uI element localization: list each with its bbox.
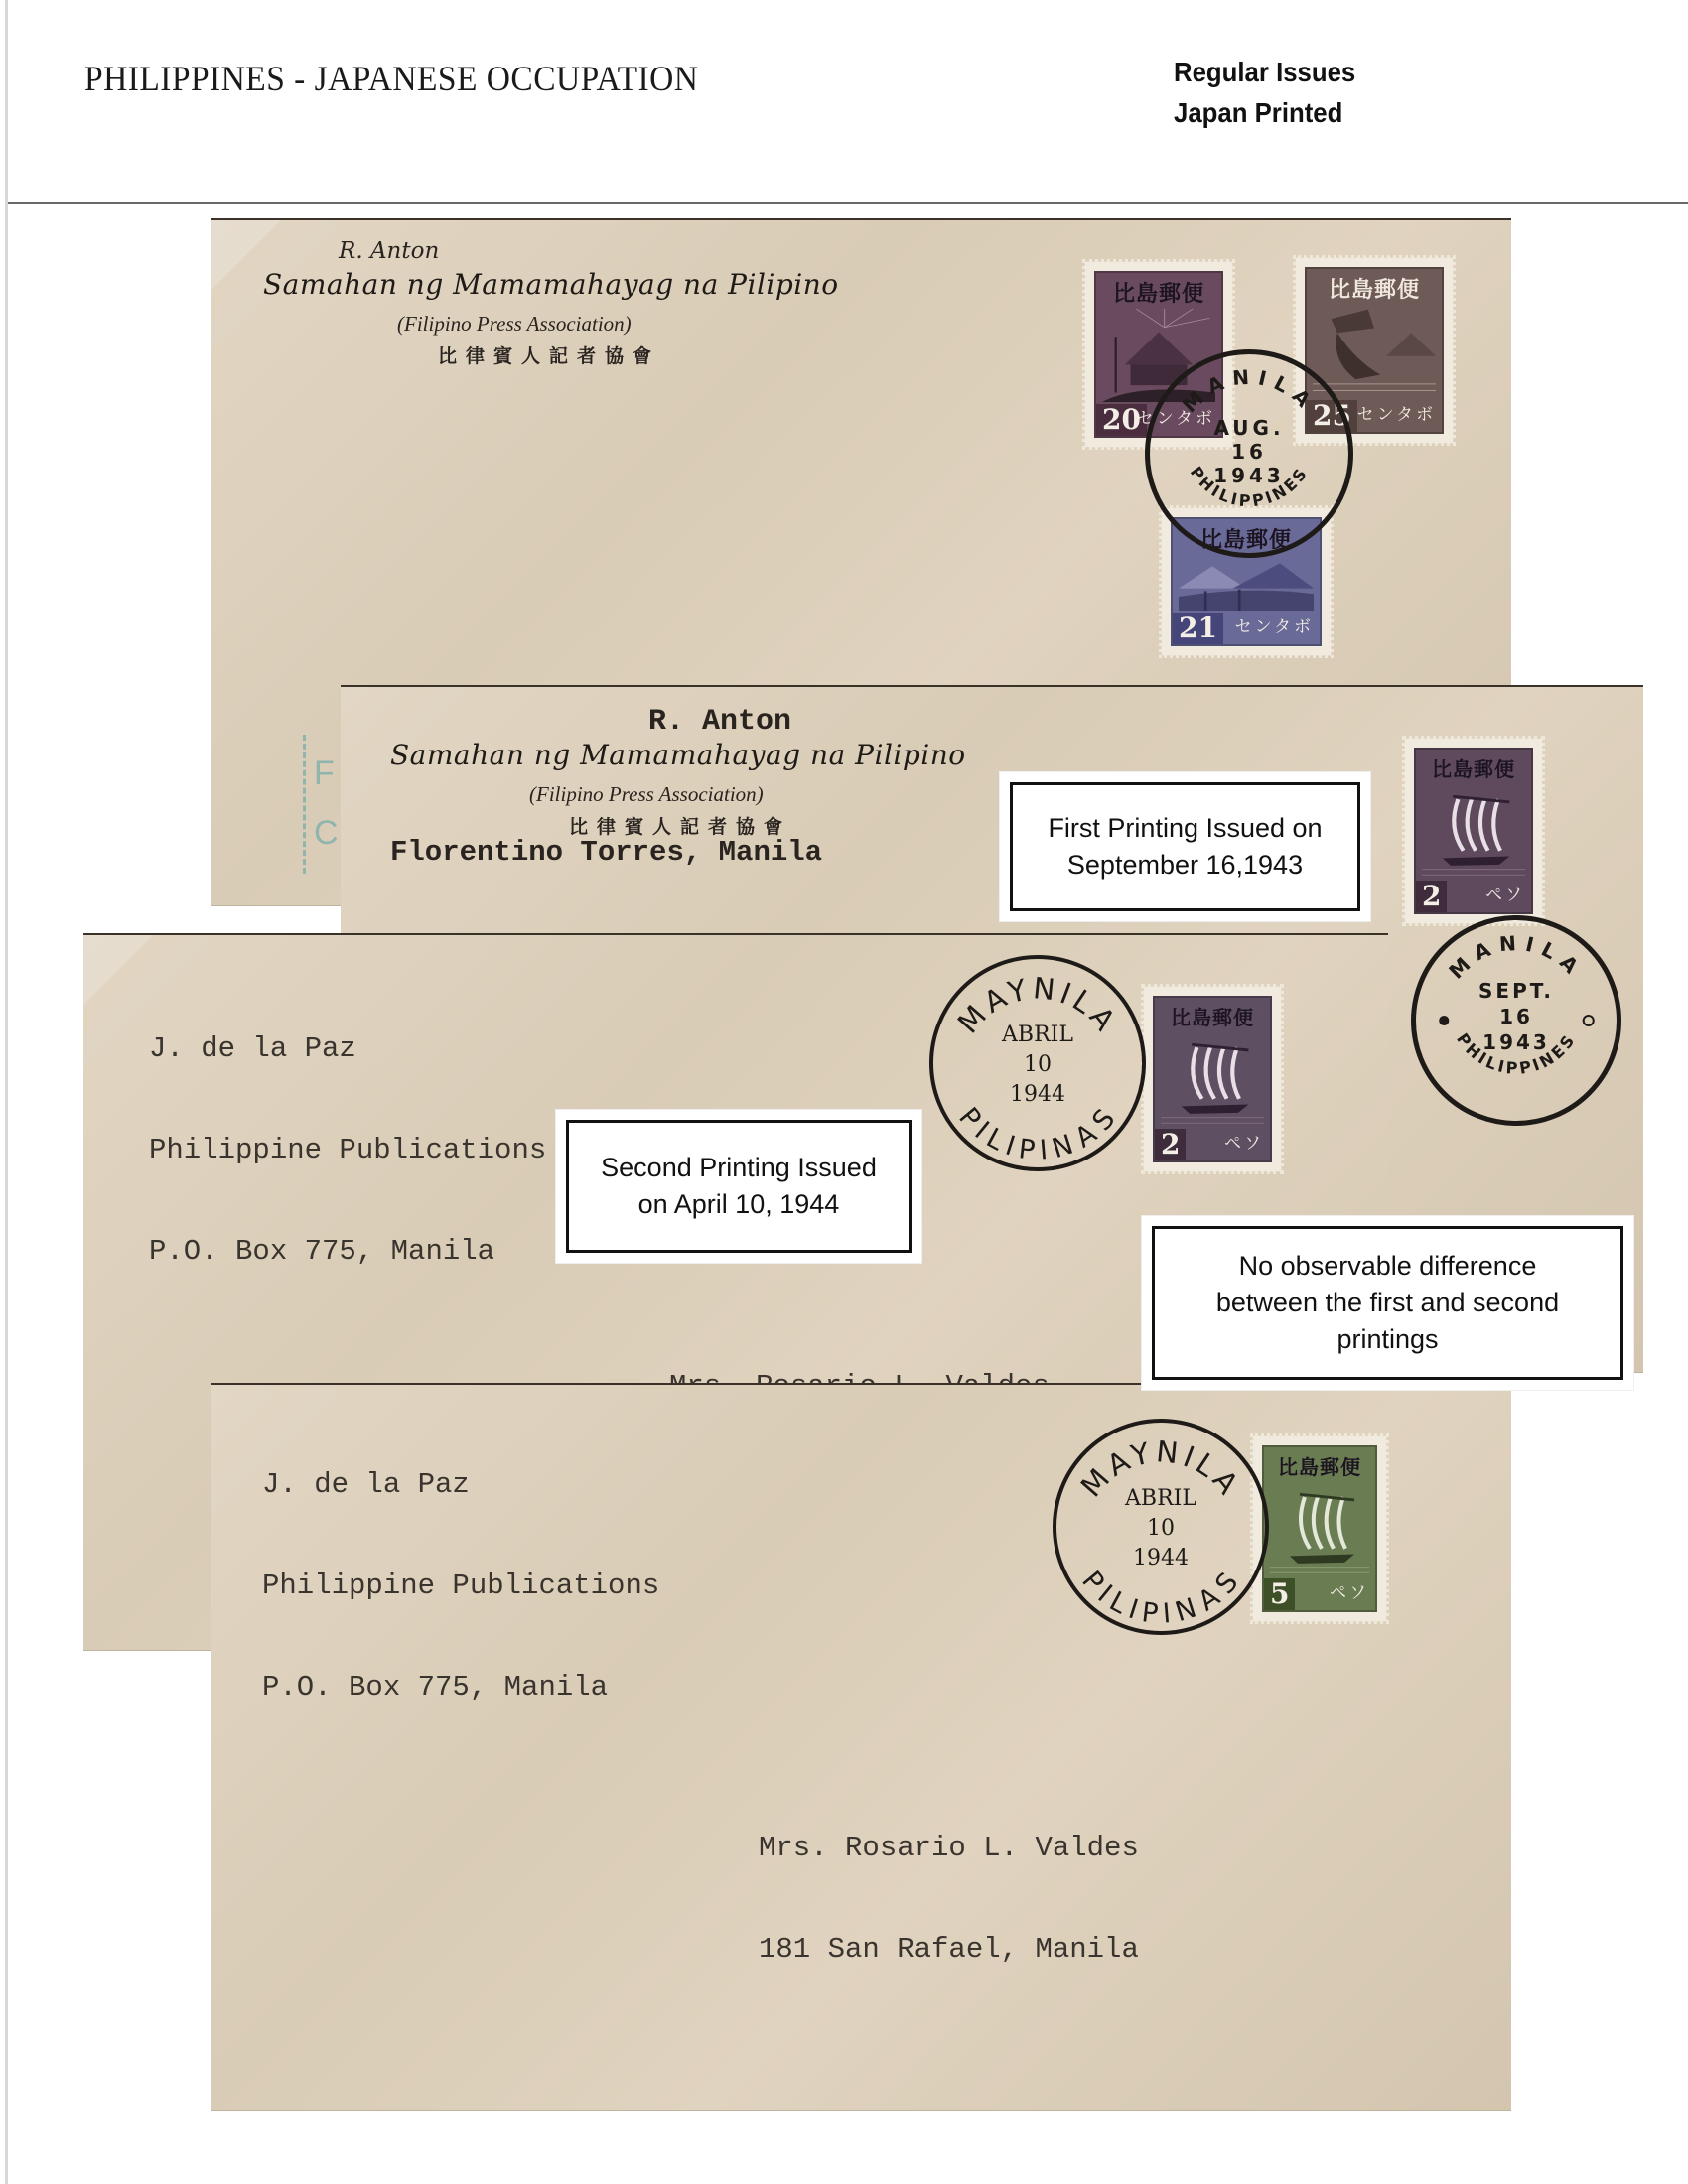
stamp-currency: ペソ	[1224, 1129, 1264, 1159]
postmark-day: 10	[1056, 1514, 1265, 1544]
sender-line: P.O. Box 775, Manila	[262, 1671, 659, 1705]
sender-line: Philippine Publications	[262, 1570, 659, 1603]
postmark-manila-sept-1943: MANILA PHILIPPINES SEPT. 16 1943	[1411, 915, 1621, 1126]
letterhead-english: (Filipino Press Association)	[397, 312, 632, 337]
stamp-header: 比島郵便	[1096, 277, 1221, 308]
stamp-header: 比島郵便	[1155, 1002, 1270, 1030]
postmark-year: 1943	[1416, 1029, 1617, 1055]
stamp-value: 2	[1155, 1129, 1186, 1160]
address-line: Florentino Torres, Manila	[390, 836, 822, 870]
svg-text:MANILA: MANILA	[1178, 364, 1321, 417]
postmark-year: 1944	[1056, 1544, 1265, 1573]
sender-line: J. de la Paz	[149, 1032, 546, 1066]
mt-mayon-icon	[1179, 555, 1314, 611]
postmark-day: 16	[1416, 1004, 1617, 1029]
postmark-month: SEPT.	[1416, 978, 1617, 1004]
stamp-currency: ペソ	[1330, 1578, 1369, 1608]
recipient-line: Mrs. Rosario L. Valdes	[759, 1832, 1139, 1865]
postmark-year: 1944	[933, 1080, 1142, 1110]
stamp-currency: ペソ	[1485, 881, 1525, 910]
label-second-printing: Second Printing Issued on April 10, 1944	[556, 1110, 921, 1263]
recipient-address: Mrs. Rosario L. Valdes 181 San Rafael, M…	[759, 1764, 1139, 2034]
vinta-boat-icon	[1270, 1483, 1369, 1576]
svg-text:MANILA: MANILA	[1444, 931, 1588, 984]
postmark-day: 16	[1150, 440, 1348, 464]
sender-line: P.O. Box 775, Manila	[149, 1235, 546, 1269]
sender-line: Philippine Publications	[149, 1134, 546, 1167]
vinta-boat-icon	[1161, 1033, 1264, 1127]
stamp-value: 2	[1416, 881, 1447, 912]
stamp-2-pesos: 比島郵便 2 ペソ	[1405, 739, 1542, 923]
label-first-printing: First Printing Issued on September 16,19…	[1000, 772, 1370, 921]
green-meter-fragment: F C	[303, 735, 346, 874]
letterhead-cjk: 比律賓人記者協會	[569, 812, 791, 839]
stamp-5-pesos: 比島郵便 5 ペソ	[1253, 1436, 1386, 1621]
postmark-month: ABRIL	[1056, 1484, 1265, 1514]
sender-line: J. de la Paz	[262, 1468, 659, 1502]
header-divider	[8, 202, 1688, 204]
scan-edge-line	[5, 0, 8, 2184]
stamp-header: 比島郵便	[1264, 1451, 1375, 1480]
recipient-line: 181 San Rafael, Manila	[759, 1933, 1139, 1967]
stamp-value: 5	[1264, 1578, 1295, 1610]
envelope-corner-fold	[83, 935, 153, 1005]
svg-text:PILIPINAS: PILIPINAS	[1075, 1566, 1245, 1630]
stamp-header: 比島郵便	[1307, 273, 1442, 304]
postmark-manila-aug-1943: MANILA PHILIPPINES AUG. 16 1943	[1145, 349, 1353, 558]
stamp-currency: センタボ	[1357, 400, 1436, 430]
stamp-header: 比島郵便	[1416, 753, 1531, 782]
letterhead-script: Samahan ng Mamamahayag na Pilipino	[263, 268, 839, 301]
postmark-month: ABRIL	[933, 1021, 1142, 1050]
postmark-maynila-abril-1944: MAYNILA PILIPINAS ABRIL 10 1944	[929, 955, 1146, 1171]
envelope-4: J. de la Paz Philippine Publications P.O…	[211, 1383, 1511, 2110]
sender-address: J. de la Paz Philippine Publications P.O…	[149, 965, 546, 1336]
postmark-year: 1943	[1150, 464, 1348, 487]
label-no-difference: No observable difference between the fir…	[1142, 1216, 1633, 1390]
typed-name: R. Anton	[648, 705, 791, 739]
svg-text:PILIPINAS: PILIPINAS	[952, 1102, 1122, 1166]
postmark-day: 10	[933, 1050, 1142, 1080]
postmark-maynila-abril-1944: MAYNILA PILIPINAS ABRIL 10 1944	[1053, 1419, 1269, 1635]
stamp-2-pesos: 比島郵便 2 ペソ	[1144, 987, 1281, 1171]
sender-address: J. de la Paz Philippine Publications P.O…	[262, 1401, 659, 1772]
page-title: PHILIPPINES - JAPANESE OCCUPATION	[84, 58, 698, 99]
subtitle-japan-printed: Japan Printed	[1174, 97, 1342, 129]
stamp-value: 21	[1173, 613, 1223, 644]
letterhead-script: Samahan ng Mamamahayag na Pilipino	[390, 739, 966, 771]
letterhead-cjk: 比律賓人記者協會	[438, 341, 660, 368]
stamp-currency: センタボ	[1235, 613, 1314, 642]
letterhead-english: (Filipino Press Association)	[529, 782, 764, 807]
postmark-month: AUG.	[1150, 416, 1348, 440]
vinta-boat-icon	[1422, 785, 1525, 879]
handwritten-name: R. Anton	[339, 238, 439, 264]
subtitle-regular-issues: Regular Issues	[1174, 57, 1355, 88]
